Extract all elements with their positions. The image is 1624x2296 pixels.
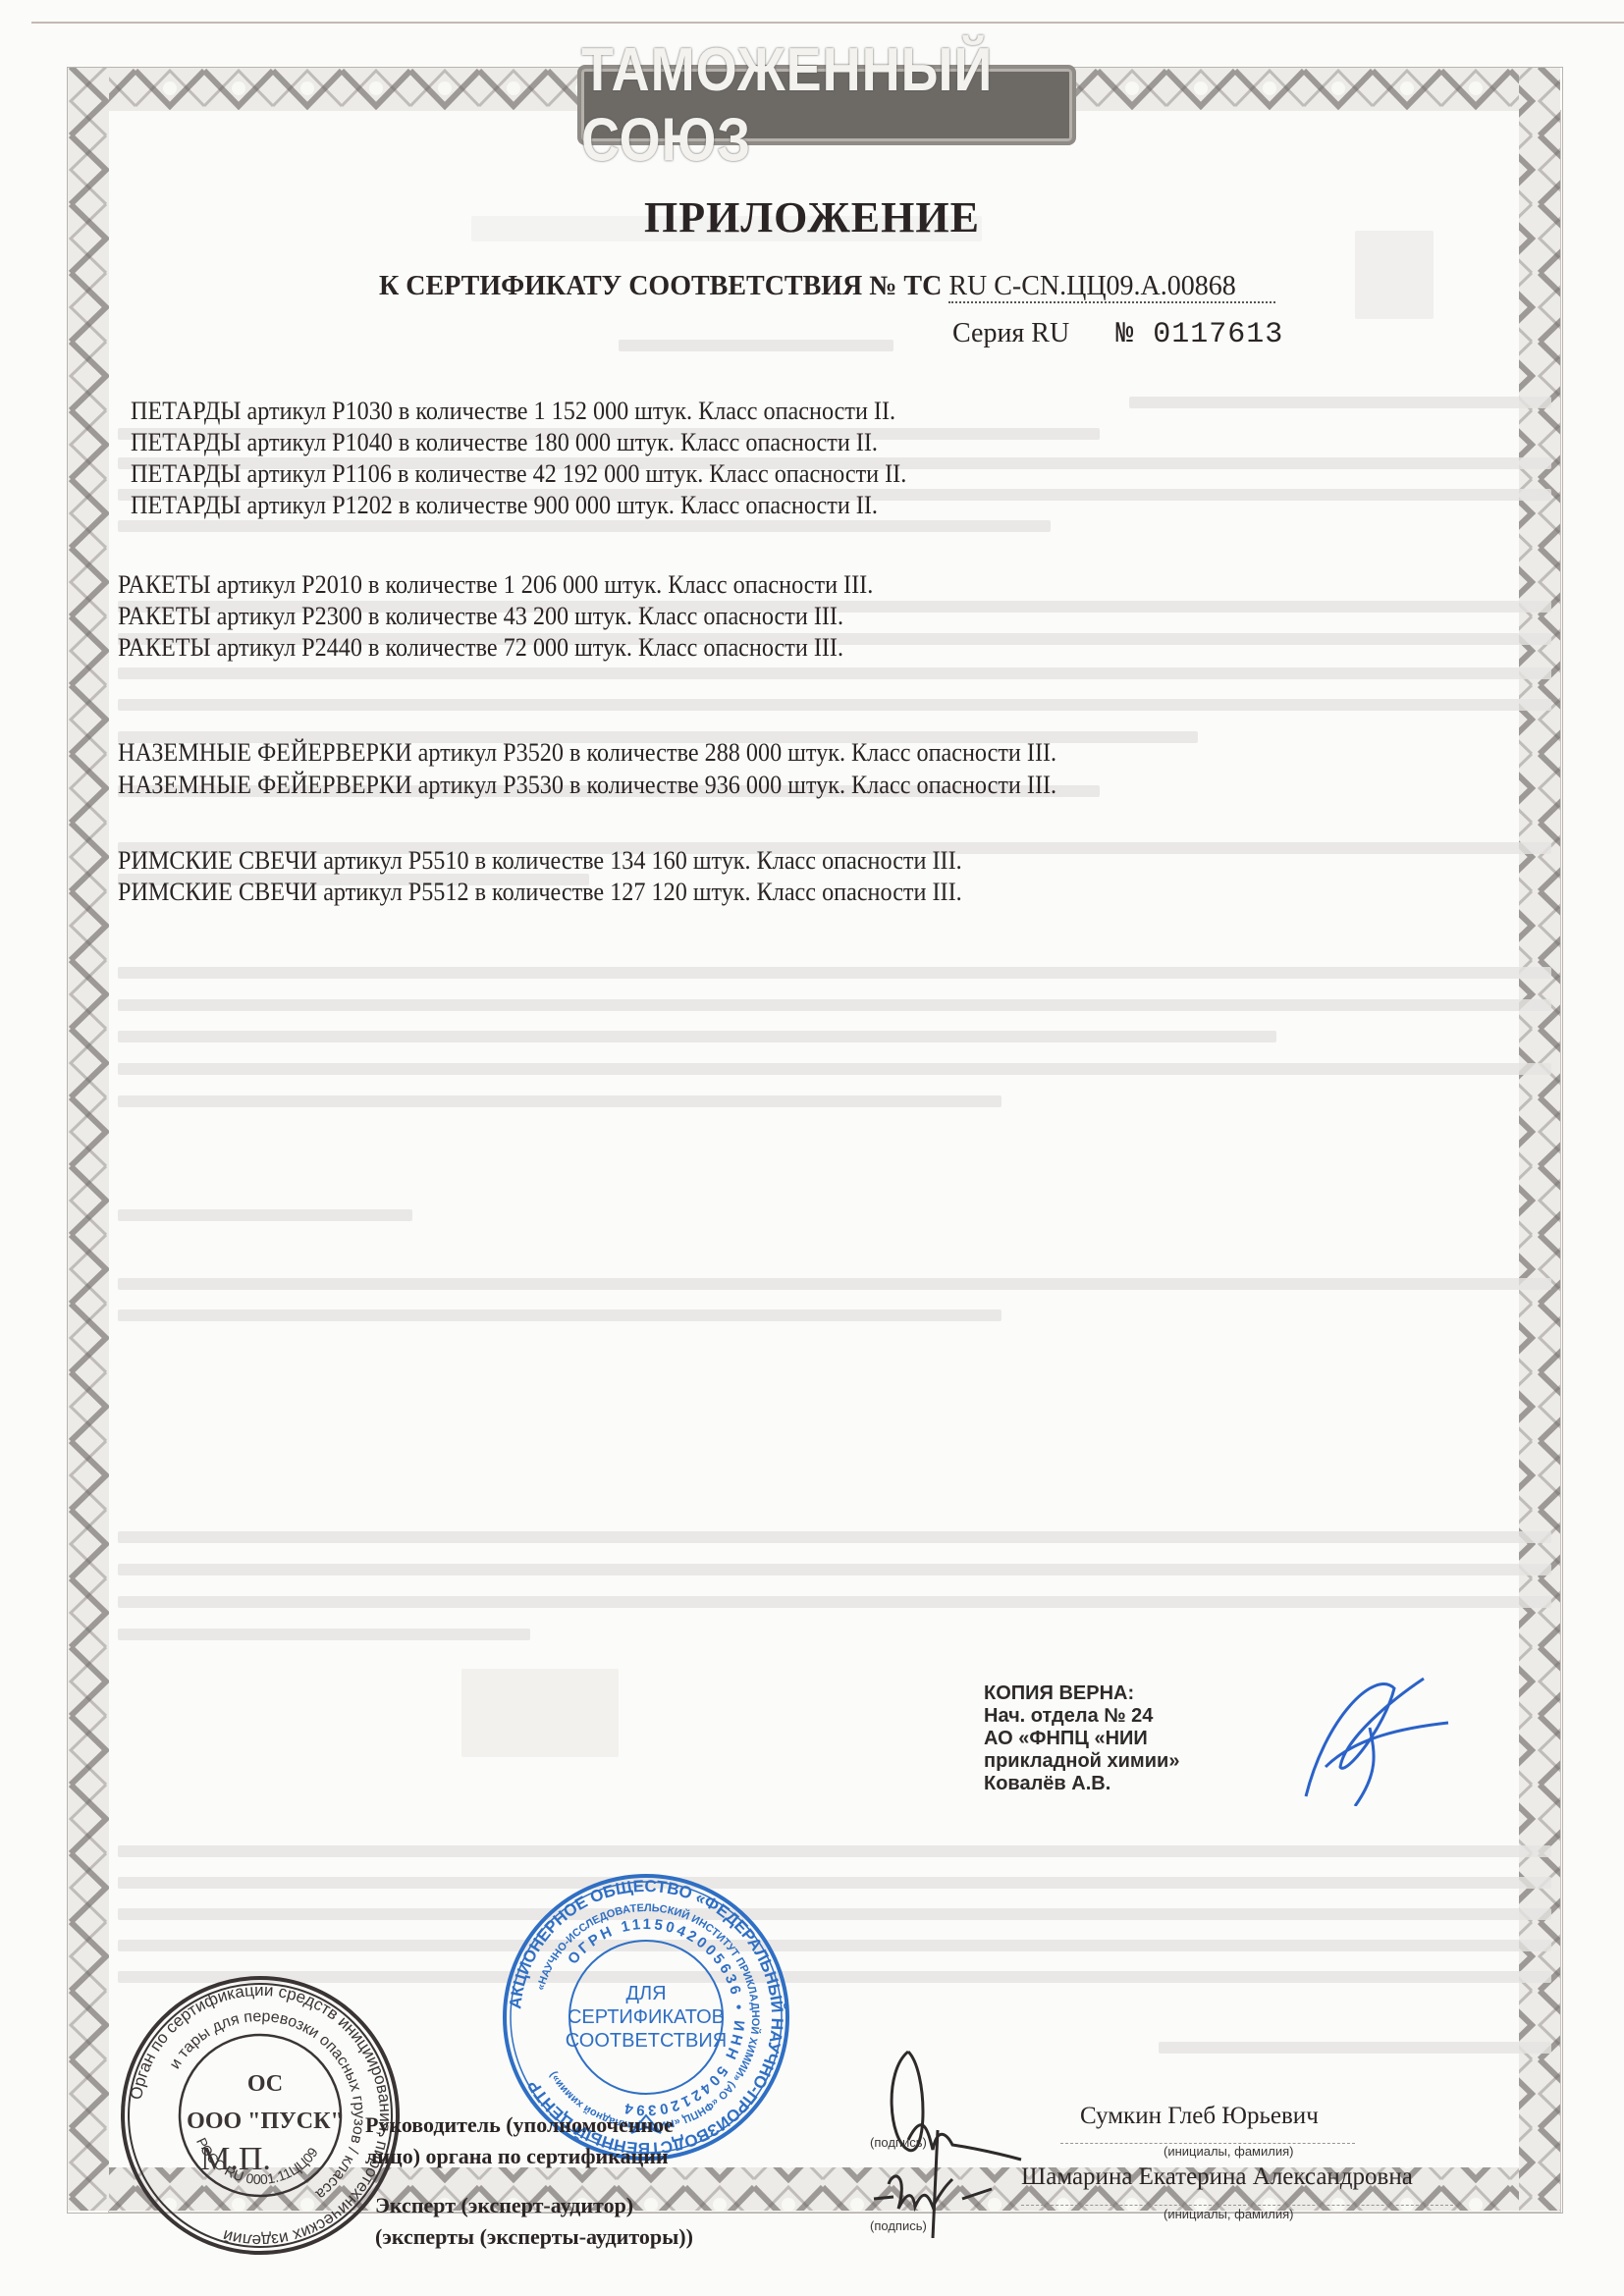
ornament-border [67, 67, 1561, 2212]
signature-copy-certified-icon [1286, 1659, 1453, 1806]
list-item: РИМСКИЕ СВЕЧИ артикул Р5512 в количестве… [118, 878, 962, 907]
expert-label-line1: Эксперт (эксперт-аудитор) [375, 2193, 633, 2218]
series-number: № 0117613 [1115, 318, 1283, 351]
expert-label-line2: (эксперты (эксперты-аудиторы)) [375, 2224, 693, 2250]
list-item: НАЗЕМНЫЕ ФЕЙЕРВЕРКИ артикул Р3520 в коли… [118, 738, 1056, 768]
head-label-line1: Руководитель (уполномоченное [365, 2112, 674, 2138]
copy-certified-line: Нач. отдела № 24 [984, 1705, 1179, 1728]
certificate-prefix: К СЕРТИФИКАТУ СООТВЕТСТВИЯ № ТС [379, 271, 942, 301]
list-item: РАКЕТЫ артикул Р2440 в количестве 72 000… [118, 633, 843, 663]
series-label: Серия RU [952, 318, 1069, 348]
head-label-line2: лицо) органа по сертификации [365, 2144, 669, 2169]
list-item: РИМСКИЕ СВЕЧИ артикул Р5510 в количестве… [118, 846, 962, 876]
list-item: ПЕТАРДЫ артикул Р1106 в количестве 42 19… [131, 459, 906, 489]
copy-certified-line: Ковалёв А.В. [984, 1773, 1179, 1795]
svg-text:СЕРТИФИКАТОВ: СЕРТИФИКАТОВ [568, 2006, 725, 2028]
copy-certified-heading: КОПИЯ ВЕРНА: [984, 1682, 1179, 1705]
expert-name: Шамарина Екатерина Александровна [1021, 2163, 1413, 2191]
head-initials-caption: (инициалы, фамилия) [1164, 2144, 1293, 2159]
svg-text:ОС: ОС [247, 2071, 283, 2097]
copy-certified-line: АО «ФНПЦ «НИИ [984, 1728, 1179, 1750]
certificate-reference: К СЕРТИФИКАТУ СООТВЕТСТВИЯ № ТС RU C-CN.… [379, 271, 1275, 302]
series-line: Серия RU № 0117613 [952, 318, 1283, 351]
svg-text:СООТВЕТСТВИЯ: СООТВЕТСТВИЯ [566, 2030, 727, 2052]
banner-text: ТАМОЖЕННЫЙ СОЮЗ [581, 35, 1072, 176]
svg-text:ДЛЯ: ДЛЯ [625, 1983, 666, 2004]
list-item: НАЗЕМНЫЕ ФЕЙЕРВЕРКИ артикул Р3530 в коли… [118, 771, 1056, 800]
copy-certified-line: прикладной химии» [984, 1750, 1179, 1773]
svg-text:М.П.: М.П. [200, 2141, 271, 2177]
copy-certified-note: КОПИЯ ВЕРНА: Нач. отдела № 24 АО «ФНПЦ «… [984, 1682, 1179, 1795]
page-title: ПРИЛОЖЕНИЕ [0, 192, 1624, 242]
list-item: РАКЕТЫ артикул Р2300 в количестве 43 200… [118, 602, 843, 631]
scan-top-line [31, 22, 1624, 24]
list-item: ПЕТАРДЫ артикул Р1040 в количестве 180 0… [131, 428, 878, 457]
stamp-ooo-pusk: Орган по сертификации средств инициирова… [118, 1973, 403, 2258]
list-item: ПЕТАРДЫ артикул Р1202 в количестве 900 0… [131, 491, 878, 520]
list-item: ПЕТАРДЫ артикул Р1030 в количестве 1 152… [131, 397, 895, 426]
head-name: Сумкин Глеб Юрьевич [1080, 2103, 1319, 2130]
svg-text:ООО "ПУСК": ООО "ПУСК" [187, 2109, 344, 2134]
head-signature-caption: (подпись) [870, 2135, 927, 2150]
customs-union-banner: ТАМОЖЕННЫЙ СОЮЗ [577, 65, 1076, 145]
certificate-number: RU C-CN.ЦЦ09.А.00868 [948, 271, 1274, 303]
expert-signature-caption: (подпись) [870, 2218, 927, 2233]
list-item: РАКЕТЫ артикул Р2010 в количестве 1 206 … [118, 570, 873, 600]
expert-initials-caption: (инициалы, фамилия) [1164, 2207, 1293, 2221]
